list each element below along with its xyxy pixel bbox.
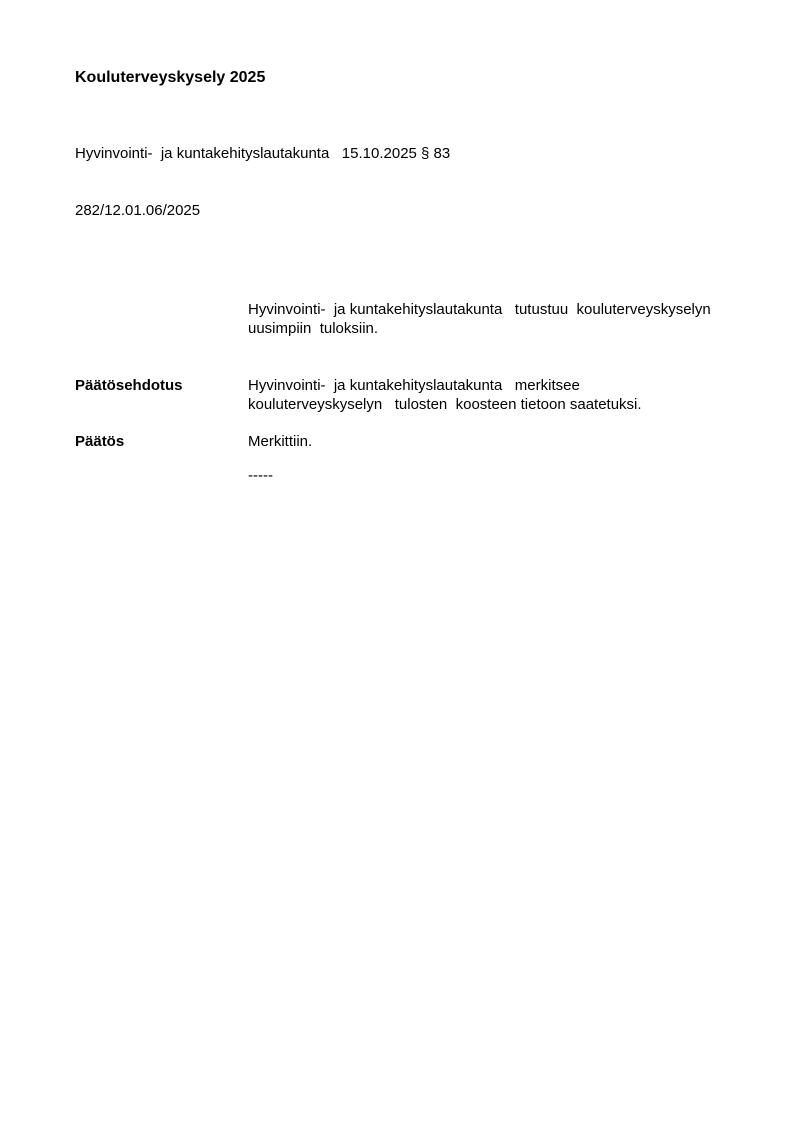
document-page: Kouluterveyskysely 2025 Hyvinvointi- ja … xyxy=(0,0,794,1122)
separator-dashes: ----- xyxy=(248,466,734,485)
intro-row: Hyvinvointi- ja kuntakehityslautakunta t… xyxy=(75,300,734,338)
intro-paragraph: Hyvinvointi- ja kuntakehityslautakunta t… xyxy=(248,300,734,338)
committee-date-line: Hyvinvointi- ja kuntakehityslautakunta 1… xyxy=(75,144,734,163)
separator-row: ----- xyxy=(75,466,734,485)
decision-row: Päätös Merkittiin. xyxy=(75,432,734,451)
section-label-paatosehdotus: Päätösehdotus xyxy=(75,376,248,395)
document-title: Kouluterveyskysely 2025 xyxy=(75,68,734,87)
meeting-header: Hyvinvointi- ja kuntakehityslautakunta 1… xyxy=(75,106,734,258)
proposal-paragraph: Hyvinvointi- ja kuntakehityslautakunta m… xyxy=(248,376,734,414)
decision-text: Merkittiin. xyxy=(248,432,734,451)
section-label-paatos: Päätös xyxy=(75,432,248,451)
diary-number: 282/12.01.06/2025 xyxy=(75,201,734,220)
proposal-row: Päätösehdotus Hyvinvointi- ja kuntakehit… xyxy=(75,376,734,414)
